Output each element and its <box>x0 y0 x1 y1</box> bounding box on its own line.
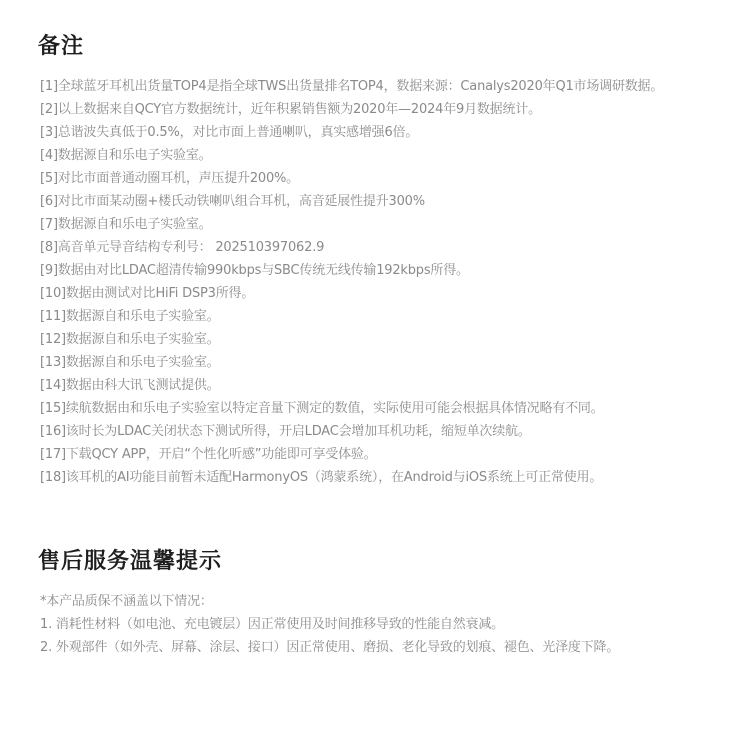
note-item-9: [9]数据由对比LDAC超清传输990kbps与SBC传统无线传输192kbps… <box>40 259 663 282</box>
note-item-18: [18]该耳机的AI功能目前暂未适配HarmonyOS（鸿蒙系统），在Andro… <box>40 466 663 489</box>
note-item-10: [10]数据由测试对比HiFi DSP3所得。 <box>40 282 663 305</box>
note-item-7: [7]数据源自和乐电子实验室。 <box>40 213 663 236</box>
notes-list: [1]全球蓝牙耳机出货量TOP4是指全球TWS出货量排名TOP4，数据来源：Ca… <box>40 75 663 489</box>
after-sales-block: *本产品质保不涵盖以下情况： 1. 消耗性材料（如电池、充电镀层）因正常使用及时… <box>40 590 619 659</box>
note-item-8: [8]高音单元导音结构专利号： 202510397062.9 <box>40 236 663 259</box>
warranty-item-2: 2. 外观部件（如外壳、屏幕、涂层、接口）因正常使用、磨损、老化导致的划痕、褪色… <box>40 636 619 659</box>
note-item-5: [5]对比市面普通动圈耳机，声压提升200%。 <box>40 167 663 190</box>
note-item-6: [6]对比市面某动圈+楼氏动铁喇叭组合耳机，高音延展性提升300% <box>40 190 663 213</box>
note-item-4: [4]数据源自和乐电子实验室。 <box>40 144 663 167</box>
note-item-3: [3]总谐波失真低于0.5%，对比市面上普通喇叭，真实感增强6倍。 <box>40 121 663 144</box>
note-item-17: [17]下载QCY APP，开启“个性化听感”功能即可享受体验。 <box>40 443 663 466</box>
warranty-item-1: 1. 消耗性材料（如电池、充电镀层）因正常使用及时间推移导致的性能自然衰减。 <box>40 613 619 636</box>
note-item-11: [11]数据源自和乐电子实验室。 <box>40 305 663 328</box>
note-item-16: [16]该时长为LDAC关闭状态下测试所得，开启LDAC会增加耳机功耗，缩短单次… <box>40 420 663 443</box>
note-item-2: [2]以上数据来自QCY官方数据统计，近年积累销售额为2020年—2024年9月… <box>40 98 663 121</box>
note-item-13: [13]数据源自和乐电子实验室。 <box>40 351 663 374</box>
note-item-15: [15]续航数据由和乐电子实验室以特定音量下测定的数值，实际使用可能会根据具体情… <box>40 397 663 420</box>
note-item-1: [1]全球蓝牙耳机出货量TOP4是指全球TWS出货量排名TOP4，数据来源：Ca… <box>40 75 663 98</box>
after-sales-heading: 售后服务温馨提示 <box>38 549 222 575</box>
note-item-14: [14]数据由科大讯飞测试提供。 <box>40 374 663 397</box>
note-item-12: [12]数据源自和乐电子实验室。 <box>40 328 663 351</box>
warranty-intro: *本产品质保不涵盖以下情况： <box>40 590 619 613</box>
notes-heading: 备注 <box>38 34 84 60</box>
